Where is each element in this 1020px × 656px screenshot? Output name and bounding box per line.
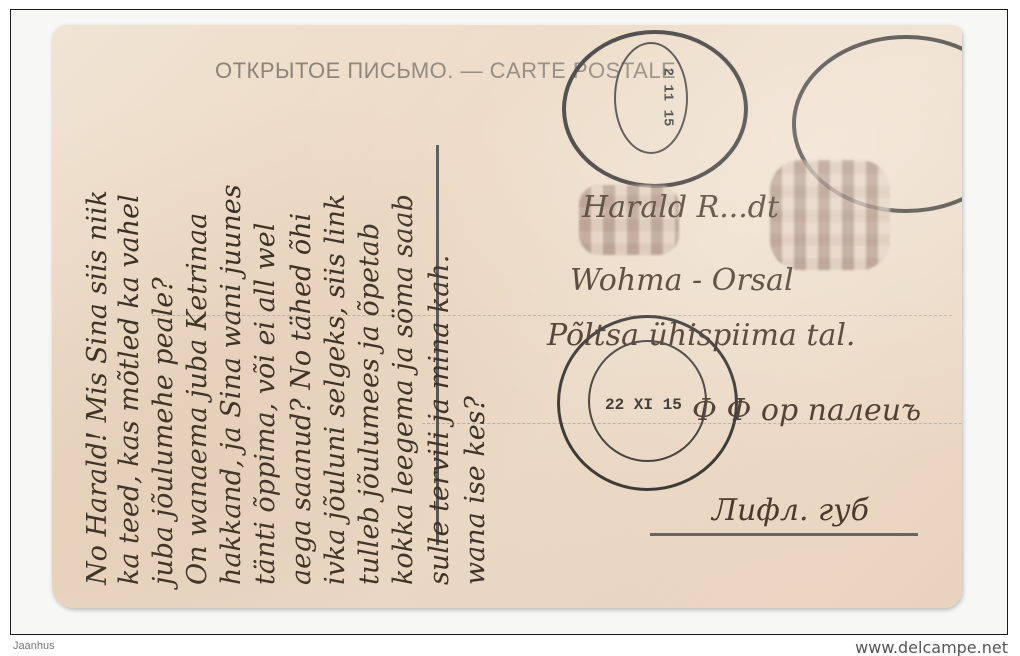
- message-line: hakkand, ja Sina wani juunes: [216, 184, 247, 585]
- message-line: tulleb jõulumees ja õpetab: [354, 223, 385, 585]
- redacted-name: [579, 185, 679, 255]
- message-line: kokka leegema ja söma saab: [388, 194, 419, 585]
- message-line: sulle tervili ja mina kah.: [424, 255, 455, 585]
- message-line: tänti õppima, või ei all wel: [250, 223, 281, 585]
- postmark-middle: 22 XI 15: [557, 315, 738, 491]
- message-line: aega saanud? No tähed õhi: [286, 213, 317, 585]
- address-guide-line: [152, 315, 952, 316]
- address-line-name: Harald R...dt: [582, 190, 779, 225]
- address-underline: [650, 533, 918, 536]
- address-line: Wohma - Orsal: [570, 263, 794, 298]
- postmark-middle-date: 22 XI 15: [605, 396, 682, 414]
- postmark-partial: [792, 35, 962, 213]
- address-line: Põltsa ühispiima tal.: [547, 318, 855, 353]
- postcard: ОТКРЫТОЕ ПИСЬМО. — CARTE POSTALE No Hara…: [52, 25, 962, 608]
- message-line: juba jõulumehe peale?: [148, 277, 179, 585]
- credit-left: Jaanhus: [13, 640, 55, 652]
- message-line: On wanaema juba Ketrinaa: [182, 213, 213, 585]
- address-guide-line: [422, 423, 962, 424]
- message-line: ivka jõuluni selgeks, siis link: [320, 194, 351, 585]
- address-line: Лифл. губ: [712, 493, 869, 528]
- postcard-header: ОТКРЫТОЕ ПИСЬМО. — CARTE POSTALE: [215, 58, 676, 84]
- address-line: Ф Ф ор палеиъ: [692, 393, 921, 428]
- message-line: wana ise kes?: [460, 396, 491, 585]
- message-line: ka teed, kas mõtled ka vahel: [114, 194, 145, 585]
- postmark-top: 2 11 15: [562, 30, 748, 188]
- message-line: No Harald! Mis Sina siis niik: [82, 190, 113, 585]
- divider-line: [436, 145, 439, 545]
- credit-right: www.delcampe.net: [855, 638, 1008, 656]
- postmark-top-date: 2 11 15: [659, 68, 675, 127]
- redacted-surname: [770, 160, 890, 270]
